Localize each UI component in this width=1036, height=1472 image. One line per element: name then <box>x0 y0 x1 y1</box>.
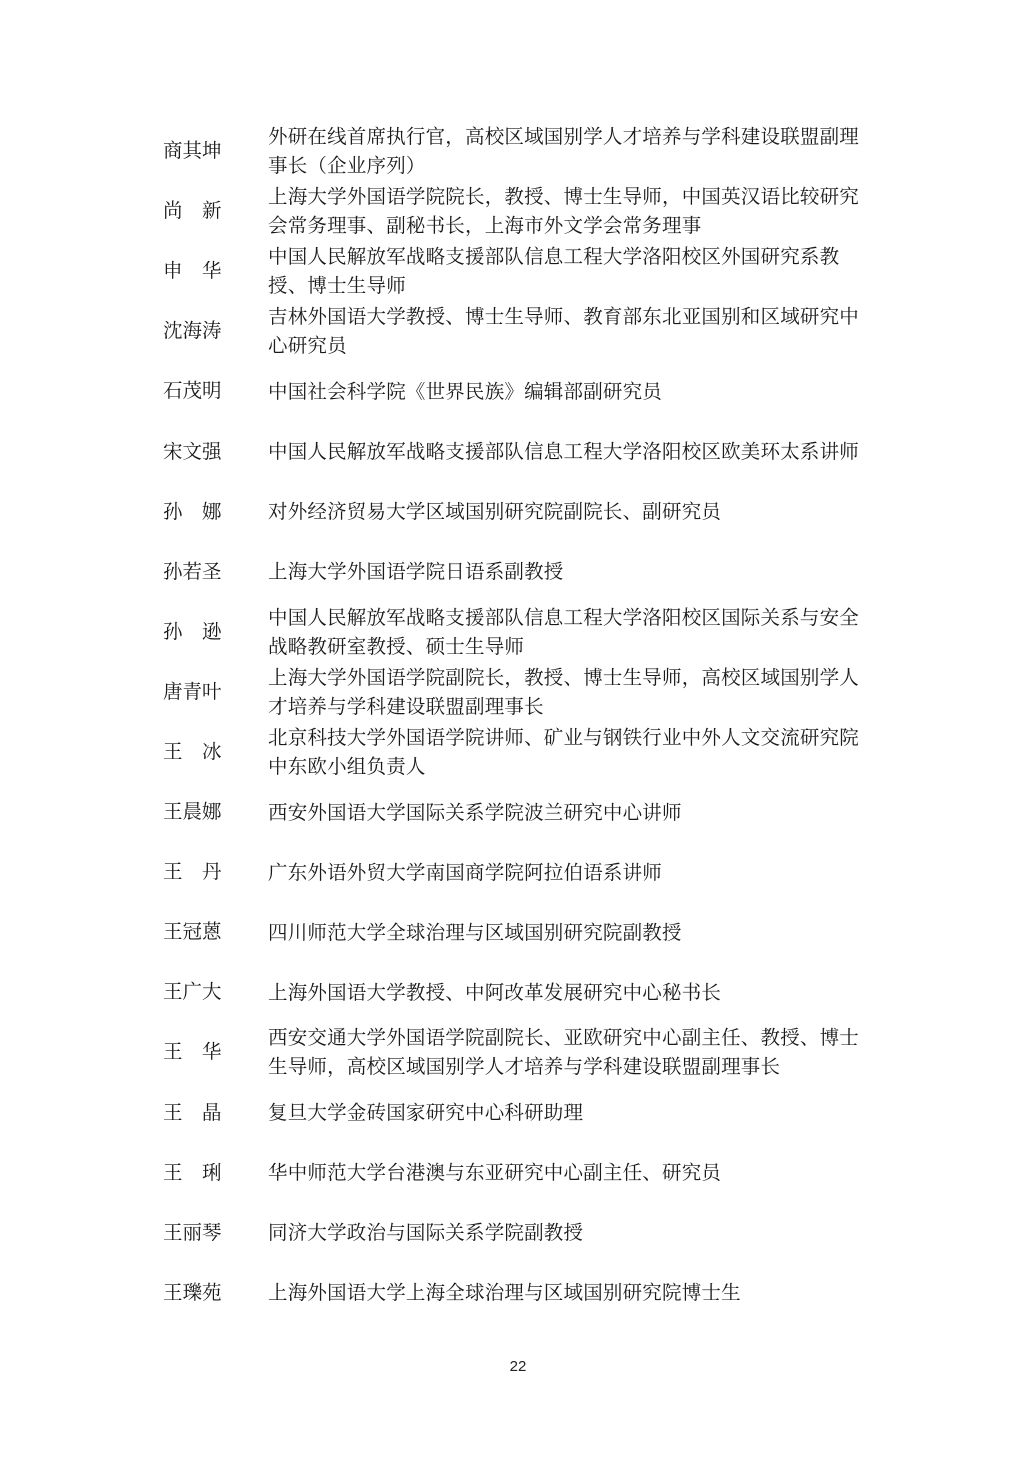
list-item: 王 晶 复旦大学金砖国家研究中心科研助理 <box>163 1083 883 1143</box>
member-name: 宋文强 <box>163 438 268 466</box>
member-name: 王 丹 <box>163 858 268 886</box>
list-item: 王丽琴 同济大学政治与国际关系学院副教授 <box>163 1203 883 1263</box>
member-description: 四川师范大学全球治理与区域国别研究院副教授 <box>268 918 868 947</box>
member-description: 外研在线首席执行官，高校区域国别学人才培养与学科建设联盟副理事长（企业序列） <box>268 122 868 180</box>
member-description: 北京科技大学外国语学院讲师、矿业与钢铁行业中外人文交流研究院中东欧小组负责人 <box>268 723 868 781</box>
member-description: 吉林外国语大学教授、博士生导师、教育部东北亚国别和区域研究中心研究员 <box>268 302 868 360</box>
member-description: 对外经济贸易大学区域国别研究院副院长、副研究员 <box>268 497 868 526</box>
member-name: 王 晶 <box>163 1099 268 1127</box>
member-name: 王 华 <box>163 1038 268 1066</box>
member-name: 王冠蒽 <box>163 918 268 946</box>
list-item: 唐青叶 上海大学外国语学院副院长，教授、博士生导师，高校区域国别学人才培养与学科… <box>163 662 883 722</box>
list-item: 商其坤 外研在线首席执行官，高校区域国别学人才培养与学科建设联盟副理事长（企业序… <box>163 121 883 181</box>
member-name: 唐青叶 <box>163 678 268 706</box>
member-description: 上海外国语大学教授、中阿改革发展研究中心秘书长 <box>268 978 868 1007</box>
member-name: 尚 新 <box>163 197 268 225</box>
member-name: 王瓅苑 <box>163 1279 268 1307</box>
member-description: 同济大学政治与国际关系学院副教授 <box>268 1218 868 1247</box>
member-description: 西安外国语大学国际关系学院波兰研究中心讲师 <box>268 798 868 827</box>
member-description: 上海大学外国语学院副院长，教授、博士生导师，高校区域国别学人才培养与学科建设联盟… <box>268 663 868 721</box>
list-item: 石茂明 中国社会科学院《世界民族》编辑部副研究员 <box>163 361 883 421</box>
list-item: 王冠蒽 四川师范大学全球治理与区域国别研究院副教授 <box>163 902 883 962</box>
list-item: 王 冰 北京科技大学外国语学院讲师、矿业与钢铁行业中外人文交流研究院中东欧小组负… <box>163 722 883 782</box>
member-name: 王广大 <box>163 978 268 1006</box>
member-name: 王 琍 <box>163 1159 268 1187</box>
list-item: 王 丹 广东外语外贸大学南国商学院阿拉伯语系讲师 <box>163 842 883 902</box>
member-name: 申 华 <box>163 257 268 285</box>
list-item: 宋文强 中国人民解放军战略支援部队信息工程大学洛阳校区欧美环太系讲师 <box>163 421 883 481</box>
list-item: 王瓅苑 上海外国语大学上海全球治理与区域国别研究院博士生 <box>163 1263 883 1323</box>
member-description: 西安交通大学外国语学院副院长、亚欧研究中心副主任、教授、博士生导师，高校区域国别… <box>268 1023 868 1081</box>
member-name: 王丽琴 <box>163 1219 268 1247</box>
page-number: 22 <box>0 1358 1036 1375</box>
list-item: 孙若圣 上海大学外国语学院日语系副教授 <box>163 542 883 602</box>
list-item: 孙 娜 对外经济贸易大学区域国别研究院副院长、副研究员 <box>163 482 883 542</box>
member-description: 中国人民解放军战略支援部队信息工程大学洛阳校区国际关系与安全战略教研室教授、硕士… <box>268 603 868 661</box>
member-name: 孙 逊 <box>163 618 268 646</box>
list-item: 王 琍 华中师范大学台港澳与东亚研究中心副主任、研究员 <box>163 1143 883 1203</box>
member-description: 广东外语外贸大学南国商学院阿拉伯语系讲师 <box>268 858 868 887</box>
list-item: 王 华 西安交通大学外国语学院副院长、亚欧研究中心副主任、教授、博士生导师，高校… <box>163 1022 883 1082</box>
member-name: 王晨娜 <box>163 798 268 826</box>
member-description: 华中师范大学台港澳与东亚研究中心副主任、研究员 <box>268 1158 868 1187</box>
member-description: 上海大学外国语学院院长，教授、博士生导师，中国英汉语比较研究会常务理事、副秘书长… <box>268 182 868 240</box>
list-item: 申 华 中国人民解放军战略支援部队信息工程大学洛阳校区外国研究系教授、博士生导师 <box>163 241 883 301</box>
member-name: 沈海涛 <box>163 317 268 345</box>
member-list: 商其坤 外研在线首席执行官，高校区域国别学人才培养与学科建设联盟副理事长（企业序… <box>163 121 883 1323</box>
member-description: 中国人民解放军战略支援部队信息工程大学洛阳校区外国研究系教授、博士生导师 <box>268 242 868 300</box>
document-page: 商其坤 外研在线首席执行官，高校区域国别学人才培养与学科建设联盟副理事长（企业序… <box>0 0 1036 1472</box>
list-item: 尚 新 上海大学外国语学院院长，教授、博士生导师，中国英汉语比较研究会常务理事、… <box>163 181 883 241</box>
member-description: 复旦大学金砖国家研究中心科研助理 <box>268 1098 868 1127</box>
list-item: 王晨娜 西安外国语大学国际关系学院波兰研究中心讲师 <box>163 782 883 842</box>
list-item: 王广大 上海外国语大学教授、中阿改革发展研究中心秘书长 <box>163 962 883 1022</box>
member-description: 中国社会科学院《世界民族》编辑部副研究员 <box>268 377 868 406</box>
list-item: 孙 逊 中国人民解放军战略支援部队信息工程大学洛阳校区国际关系与安全战略教研室教… <box>163 602 883 662</box>
member-name: 石茂明 <box>163 377 268 405</box>
member-description: 上海大学外国语学院日语系副教授 <box>268 557 868 586</box>
member-name: 王 冰 <box>163 738 268 766</box>
member-name: 孙 娜 <box>163 498 268 526</box>
member-description: 上海外国语大学上海全球治理与区域国别研究院博士生 <box>268 1278 868 1307</box>
list-item: 沈海涛 吉林外国语大学教授、博士生导师、教育部东北亚国别和区域研究中心研究员 <box>163 301 883 361</box>
member-name: 商其坤 <box>163 137 268 165</box>
member-description: 中国人民解放军战略支援部队信息工程大学洛阳校区欧美环太系讲师 <box>268 437 868 466</box>
member-name: 孙若圣 <box>163 558 268 586</box>
